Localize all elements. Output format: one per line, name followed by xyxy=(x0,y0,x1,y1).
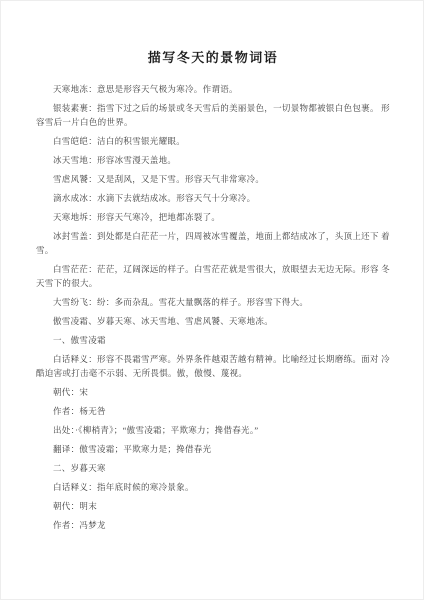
paragraph-term-baixuemangmang: 白雪茫茫：茫茫，辽阔深远的样子。白雪茫茫就是雪很大，放眼望去无边无际。形容 冬天… xyxy=(36,262,390,290)
section-heading-2: 二、岁暮天寒 xyxy=(36,461,390,475)
paragraph-explanation-2: 白话释义：指年底时候的寒冷景象。 xyxy=(36,480,390,494)
paragraph-term-baixueaiai: 白雪皑皑：洁白的积雪银光耀眼。 xyxy=(36,134,390,148)
paragraph-dynasty-1: 朝代：宋 xyxy=(36,385,390,399)
paragraph-dynasty-2: 朝代：明末 xyxy=(36,499,390,513)
paragraph-author-1: 作者：杨无咎 xyxy=(36,404,390,418)
paragraph-source-1: 出处：·《柳梢青》；“傲雪凌霜；平欺寒力；搀借春光。” xyxy=(36,423,390,437)
document-page: 描写冬天的景物词语 天寒地冻：意思是形容天气极为寒冷。作谓语。 银装素裹：指雪下… xyxy=(0,0,424,600)
paragraph-term-daxuefenfei: 大雪纷飞：纷：多而杂乱。雪花大量飘落的样子。形容雪下得大。 xyxy=(36,295,390,309)
paragraph-term-xuenüefengtao: 雪虐风饕：又是刮风，又是下雪。形容天气非常寒冷。 xyxy=(36,172,390,186)
page-title: 描写冬天的景物词语 xyxy=(36,47,390,66)
paragraph-term-dishuichengbing: 滴水成冰：水滴下去就结成冰。形容天气十分寒冷。 xyxy=(36,191,390,205)
section-heading-1: 一、傲雪凌霜 xyxy=(36,333,390,347)
paragraph-explanation-1: 白话释义：形容不畏霜雪严寒。外界条件越艰苦越有精神。比喻经过长期磨练。面对 冷酷… xyxy=(36,352,390,380)
paragraph-translation-1: 翻译：傲雪凌霜；平欺寒力是；搀借春光 xyxy=(36,442,390,456)
paragraph-term-tianhandidong: 天寒地冻：意思是形容天气极为寒冷。作谓语。 xyxy=(36,82,390,96)
paragraph-term-tianhandiche: 天寒地坼：形容天气寒冷，把地都冻裂了。 xyxy=(36,210,390,224)
paragraph-term-list: 傲雪凌霜、岁暮天寒、冰天雪地、雪虐风饕、天寒地冻。 xyxy=(36,314,390,328)
paragraph-term-bingfengxuegai: 冰封雪盖：到处都是白茫茫一片，四周被冰雪覆盖，地面上都结成冰了，头顶上还下 着雪… xyxy=(36,229,390,257)
paragraph-term-yinzhuangsuguo: 银装素裹：指雪下过之后的场景或冬天雪后的美丽景色，一切景物都被银白色包裹。 形容… xyxy=(36,101,390,129)
paragraph-author-2: 作者：冯梦龙 xyxy=(36,518,390,532)
paragraph-term-bingtianxuedi: 冰天雪地：形容冰雪漫天盖地。 xyxy=(36,153,390,167)
